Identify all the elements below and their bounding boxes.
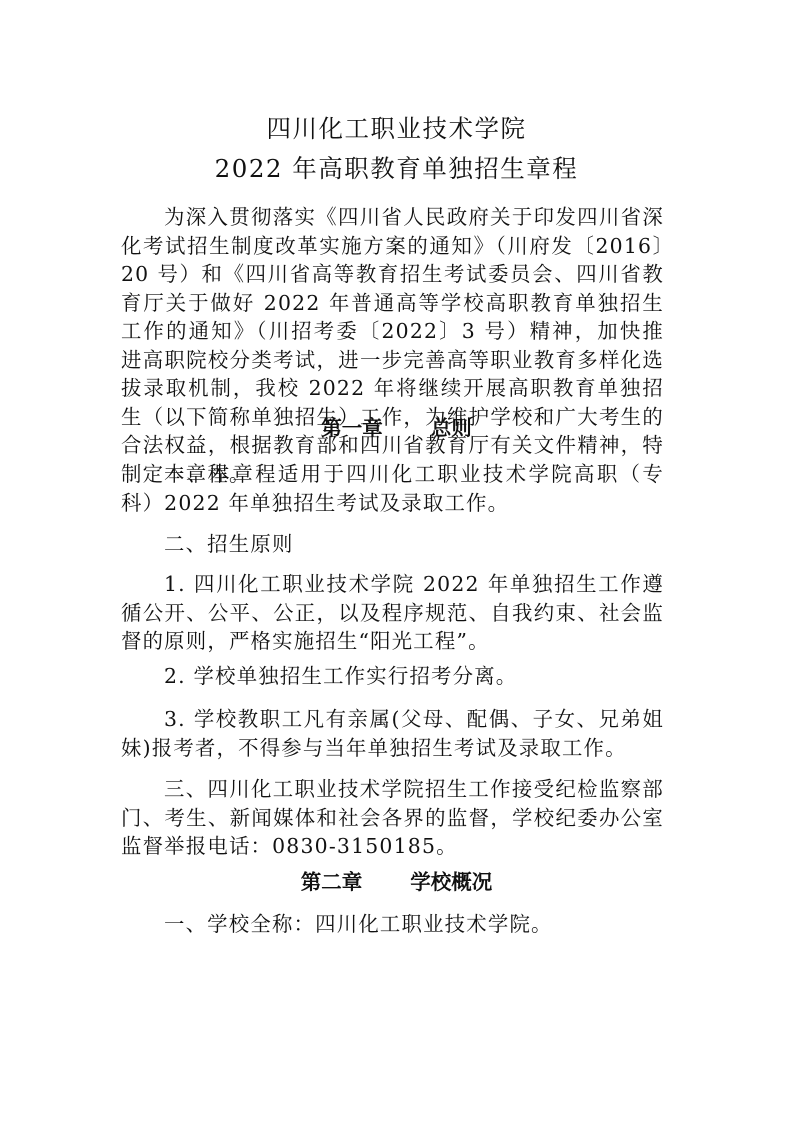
chapter-1-item-2-2: 2. 学校单独招生工作实行招考分离。 — [121, 662, 664, 691]
chapter-1-item-2-3: 3. 学校教职工凡有亲属(父母、配偶、子女、兄弟姐妹)报考者，不得参与当年单独招… — [121, 705, 664, 762]
chapter-1-heading: 第一章总则 — [0, 414, 793, 442]
document-page: 四川化工职业技术学院 2022 年高职教育单独招生章程 为深入贯彻落实《四川省人… — [0, 0, 793, 1122]
chapter-1-name: 总则 — [431, 416, 472, 440]
chapter-1-item-2-1: 1. 四川化工职业技术学院 2022 年单独招生工作遵循公开、公平、公正，以及程… — [121, 570, 664, 656]
chapter-1-item-2-heading: 二、招生原则 — [121, 530, 664, 559]
preamble-paragraph: 为深入贯彻落实《四川省人民政府关于印发四川省深化考试招生制度改革实施方案的通知》… — [121, 203, 664, 488]
chapter-2-item-1: 一、学校全称：四川化工职业技术学院。 — [121, 910, 664, 939]
document-title-charter: 2022 年高职教育单独招生章程 — [0, 154, 793, 184]
chapter-2-name: 学校概况 — [410, 870, 492, 894]
chapter-1-item-1: 一、本章程适用于四川化工职业技术学院高职（专科）2022 年单独招生考试及录取工… — [121, 460, 664, 517]
chapter-2-heading: 第二章学校概况 — [0, 868, 793, 896]
chapter-1-item-3: 三、四川化工职业技术学院招生工作接受纪检监察部门、考生、新闻媒体和社会各界的监督… — [121, 775, 664, 861]
chapter-1-number: 第一章 — [321, 416, 383, 440]
chapter-2-number: 第二章 — [301, 870, 363, 894]
document-title-institution: 四川化工职业技术学院 — [0, 114, 793, 144]
